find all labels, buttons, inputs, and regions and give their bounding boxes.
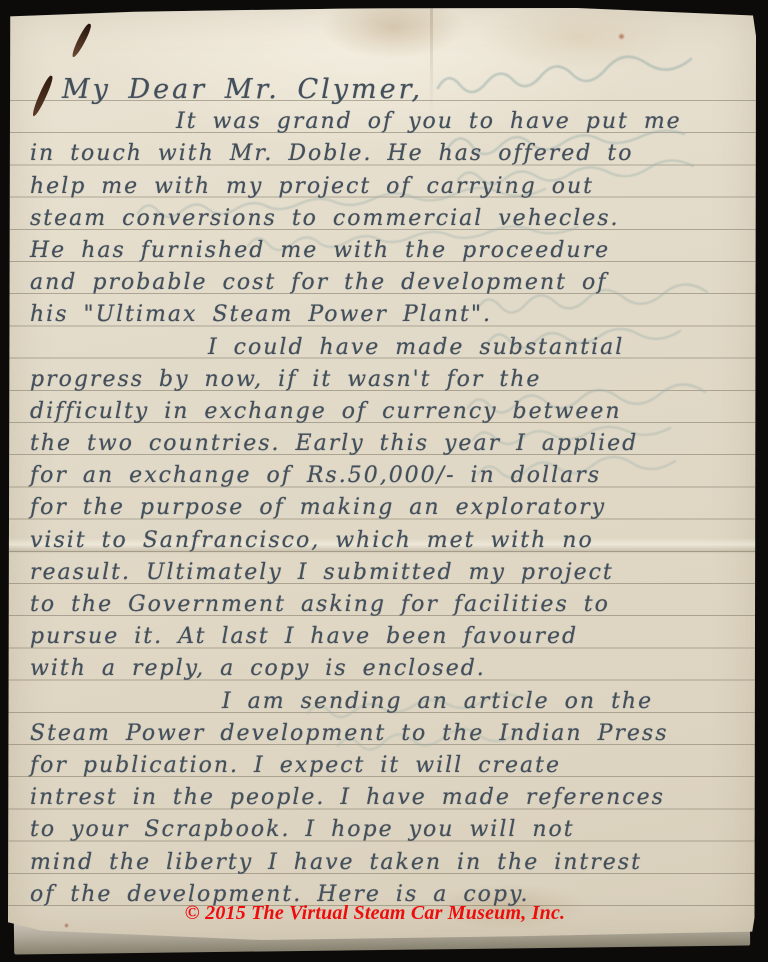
letter-line: for publication. I expect it will create: [24, 750, 750, 782]
letter-line: difficulty in exchange of currency betwe…: [24, 396, 750, 428]
letter-line: for the purpose of making an exploratory: [24, 492, 750, 524]
letter-line: visit to Sanfrancisco, which met with no: [24, 525, 750, 557]
letter-line: progress by now, if it wasn't for the: [24, 364, 750, 396]
letter-line: for an exchange of Rs.50,000/- in dollar…: [24, 460, 750, 492]
letter-line: and probable cost for the development of: [24, 267, 750, 299]
letter-line: I could have made substantial: [24, 332, 750, 364]
letter-line: mind the liberty I have taken in the int…: [24, 847, 750, 879]
letter-page: My Dear Mr. Clymer,It was grand of you t…: [8, 8, 756, 954]
letter-line: to the Government asking for facilities …: [24, 589, 750, 621]
letter-line: with a reply, a copy is enclosed.: [24, 653, 750, 685]
salutation-line: My Dear Mr. Clymer,: [24, 74, 750, 106]
letter-line: It was grand of you to have put me: [24, 106, 750, 138]
letter-line: steam conversions to commercial vehecles…: [24, 203, 750, 235]
letter-line: intrest in the people. I have made refer…: [24, 782, 750, 814]
letter-line: his "Ultimax Steam Power Plant".: [24, 299, 750, 331]
copyright-notice: © 2015 The Virtual Steam Car Museum, Inc…: [8, 902, 742, 925]
letter-body: My Dear Mr. Clymer,It was grand of you t…: [24, 74, 750, 911]
letter-line: He has furnished me with the proceedure: [24, 235, 750, 267]
letter-line: in touch with Mr. Doble. He has offered …: [24, 138, 750, 170]
letter-line: the two countries. Early this year I app…: [24, 428, 750, 460]
letter-line: I am sending an article on the: [24, 686, 750, 718]
scan-bed: { "document_type": "handwritten-letter-s…: [0, 0, 768, 962]
letter-line: Steam Power development to the Indian Pr…: [24, 718, 750, 750]
letter-line: reasult. Ultimately I submitted my proje…: [24, 557, 750, 589]
letter-line: pursue it. At last I have been favoured: [24, 621, 750, 653]
letter-line: to your Scrapbook. I hope you will not: [24, 814, 750, 846]
letter-line: help me with my project of carrying out: [24, 171, 750, 203]
paper-sheet: My Dear Mr. Clymer,It was grand of you t…: [8, 8, 756, 940]
